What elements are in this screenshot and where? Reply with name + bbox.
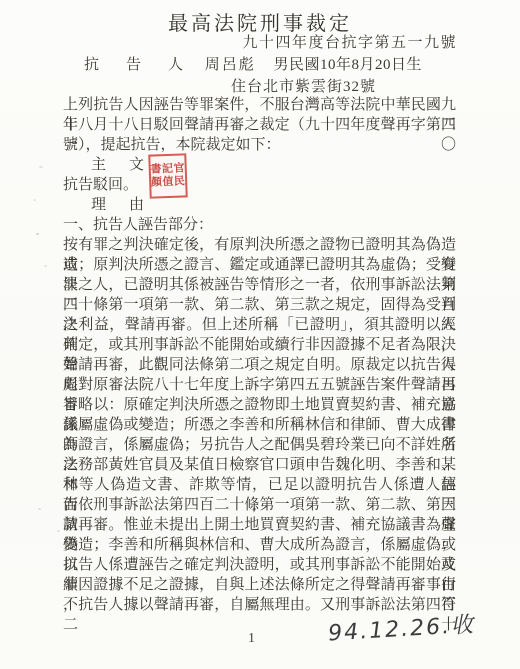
- reason-line: 和等人偽造文書、詐欺等情，已足以證明抗告人係遭人誣告，因: [63, 475, 456, 495]
- scan-speck: [36, 233, 39, 235]
- scan-speck: [44, 265, 47, 267]
- reason-line: 為證言，係屬虛偽；另抗告人之配偶吳碧玲業已向不詳姓名之某: [63, 435, 456, 455]
- clerk-stamp-title: 書記官: [150, 162, 185, 176]
- reason-line: 決之人，已證明其係被誣告等情形之一者，依刑事訴訟法第四百: [63, 275, 456, 295]
- appellant-role-label: 抗 告 人: [84, 57, 189, 73]
- scan-speck: [38, 508, 41, 510]
- reason-line: 旨略以：原確定判決所憑之證物即土地買賣契約書、補充協議書: [63, 395, 456, 415]
- scan-speck: [57, 530, 60, 532]
- reason-line: 非因證據不足之證據，自與上述法條所定之得聲請再審事由不符: [63, 575, 456, 595]
- reason-line: 請再審。惟並未提出上開土地買賣契約書、補充協議書為虛偽或: [63, 515, 456, 535]
- clerk-red-stamp: 書記官 顏值民: [148, 153, 188, 198]
- scan-speck: [33, 199, 36, 201]
- case-number: 九十四年度台抗字第五一九號: [242, 31, 457, 52]
- intro-line: 上列抗告人因誣告等罪案件，不服台灣高等法院中華民國九十四: [63, 95, 456, 115]
- appellant-birth-info: 男民國10年8月20日生: [274, 57, 423, 73]
- reason-line: 聲請再審，此觀同法條第二項之規定自明。原裁定以抗告人周呂: [63, 355, 456, 375]
- appellant-line: 抗 告 人 周呂彪 男民國10年8月20日生: [84, 53, 422, 74]
- reason-line: 係屬虛偽或變造；所憑之李善和所稱林信和律師、曹大成律師所: [63, 415, 456, 435]
- reason-line: 法務部黃姓官員及某值日檢察官口頭申告魏化明、李善和、林信: [63, 455, 456, 475]
- holding-text: 抗告駁回。: [63, 175, 456, 195]
- reason-line: 而依刑事訴訟法第四百二十條第一項第一款、第二款、第三款聲: [63, 495, 456, 515]
- clerk-stamp-name: 顏值民: [151, 175, 186, 189]
- intro-line: 年八月十八日駁回聲請再審之裁定（九十四年度聲再字第二一〇: [63, 115, 456, 135]
- reason-line: 確定，或其刑事訴訟不能開始或續行非因證據不足者為限，始得: [63, 335, 456, 355]
- reason-line: 之利益，聲請再審。但上述所稱「已證明」，須其證明以經判決: [63, 315, 456, 335]
- scan-speck: [39, 166, 43, 168]
- appellant-name: 周呂彪: [205, 57, 256, 73]
- court-document-page: 最高法院刑事裁定 九十四年度台抗字第五一九號 抗 告 人 周呂彪 男民國10年8…: [0, 0, 520, 669]
- document-body: 上列抗告人因誣告等罪案件，不服台灣高等法院中華民國九十四 年八月十八日駁回聲請再…: [63, 95, 456, 615]
- reason-section-heading: 一、抗告人誣告部分：: [63, 215, 456, 235]
- reason-line: 彪對原審法院八十七年度上訴字第四五五號誣告案件聲請再審意: [63, 375, 456, 395]
- reason-line: 抗告人係遭誣告之確定判決證明，或其刑事訴訟不能開始或續行: [63, 555, 456, 575]
- reason-line: 變造；李善和所稱與林信和、曹大成所為證言，係屬虛偽；以及: [63, 535, 456, 555]
- reason-line: 造；原判決所憑之證言、鑑定或通譯已證明其為虛偽；受有罪判: [63, 255, 456, 275]
- page-number: 1: [248, 631, 255, 647]
- reason-line: 二十條第一項第一款、第二款、第三款之規定，固得為受判決人: [63, 295, 456, 315]
- reason-heading: 理 由: [63, 195, 456, 215]
- reason-line: 按有罪之判決確定後，有原判決所憑之證物已證明其為偽造或變: [63, 235, 456, 255]
- holding-heading: 主 文: [63, 155, 456, 175]
- appellant-address: 住台北市紫雲街32號: [231, 75, 376, 96]
